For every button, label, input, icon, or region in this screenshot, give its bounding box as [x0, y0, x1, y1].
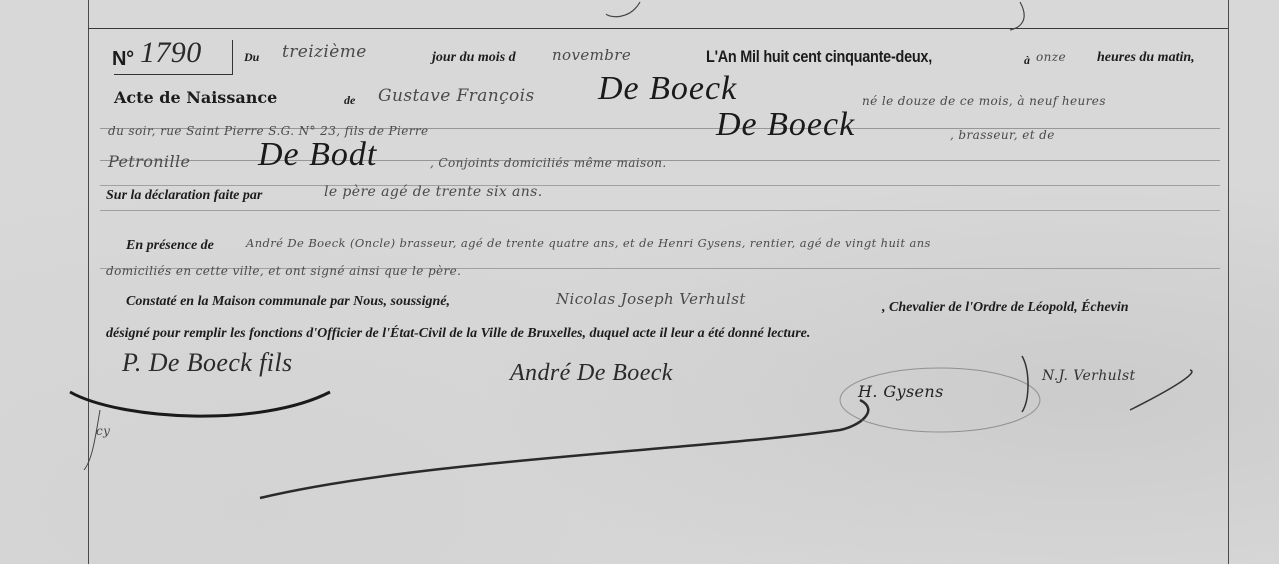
signature-flourishes	[0, 0, 1279, 564]
birth-record-page: N° 1790 Du treizième jour du mois d nove…	[0, 0, 1279, 564]
